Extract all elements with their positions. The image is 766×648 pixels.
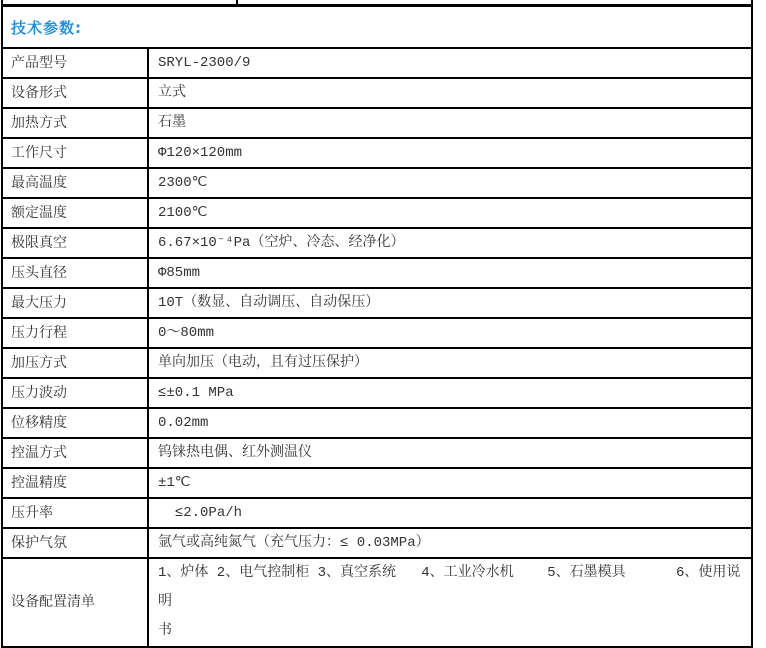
table-row: 压升率 ≤2.0Pa/h	[2, 498, 752, 528]
spec-label-cell: 控温精度	[2, 468, 148, 498]
table-row: 额定温度 2100℃	[2, 198, 752, 228]
spec-table-body: 产品型号 SRYL-2300/9 设备形式 立式 加热方式 石墨 工作尺寸 Φ1…	[2, 48, 752, 647]
table-row: 位移精度 0.02mm	[2, 408, 752, 438]
spec-value-cell: 10T（数显、自动调压、自动保压）	[148, 288, 752, 318]
spec-value-cell: 6.67×10⁻⁴Pa（空炉、冷态、经净化）	[148, 228, 752, 258]
table-row: 加压方式 单向加压（电动，且有过压保护）	[2, 348, 752, 378]
spec-value-cell: 0～80mm	[148, 318, 752, 348]
fragment-column-divider	[236, 0, 238, 4]
spec-label-cell: 最高温度	[2, 168, 148, 198]
spec-value-cell: 2100℃	[148, 198, 752, 228]
spec-label-cell: 压升率	[2, 498, 148, 528]
spec-value-cell: 1、炉体 2、电气控制柜 3、真空系统 4、工业冷水机 5、石墨模具 6、使用说…	[148, 558, 752, 647]
spec-value-cell: ≤±0.1 MPa	[148, 378, 752, 408]
spec-label-cell: 工作尺寸	[2, 138, 148, 168]
spec-label-cell: 压力波动	[2, 378, 148, 408]
spec-value-cell: 石墨	[148, 108, 752, 138]
spec-label-cell: 压头直径	[2, 258, 148, 288]
table-row: 压头直径 Φ85mm	[2, 258, 752, 288]
table-row: 最大压力 10T（数显、自动调压、自动保压）	[2, 288, 752, 318]
spec-label-cell: 极限真空	[2, 228, 148, 258]
table-row: 压力波动 ≤±0.1 MPa	[2, 378, 752, 408]
table-row: 设备配置清单 1、炉体 2、电气控制柜 3、真空系统 4、工业冷水机 5、石墨模…	[2, 558, 752, 647]
spec-value-cell: 单向加压（电动，且有过压保护）	[148, 348, 752, 378]
table-row: 设备形式 立式	[2, 78, 752, 108]
spec-label-cell: 压力行程	[2, 318, 148, 348]
table-row: 最高温度 2300℃	[2, 168, 752, 198]
table-row: 加热方式 石墨	[2, 108, 752, 138]
section-header: 技术参数:	[1, 7, 753, 47]
spec-label-cell: 保护气氛	[2, 528, 148, 558]
spec-label-cell: 加热方式	[2, 108, 148, 138]
spec-value-cell: ±1℃	[148, 468, 752, 498]
table-row: 控温精度 ±1℃	[2, 468, 752, 498]
spec-table: 产品型号 SRYL-2300/9 设备形式 立式 加热方式 石墨 工作尺寸 Φ1…	[1, 47, 753, 648]
table-row: 保护气氛 氩气或高纯氮气（充气压力：≤ 0.03MPa）	[2, 528, 752, 558]
section-title: 技术参数:	[11, 17, 82, 38]
table-row: 工作尺寸 Φ120×120mm	[2, 138, 752, 168]
spec-value-cell: Φ120×120mm	[148, 138, 752, 168]
spec-value-cell: 0.02mm	[148, 408, 752, 438]
spec-label-cell: 额定温度	[2, 198, 148, 228]
spec-value-cell: 钨铼热电偶、红外测温仪	[148, 438, 752, 468]
spec-value-cell: 氩气或高纯氮气（充气压力：≤ 0.03MPa）	[148, 528, 752, 558]
spec-value-cell: 2300℃	[148, 168, 752, 198]
spec-label-cell: 加压方式	[2, 348, 148, 378]
table-row: 产品型号 SRYL-2300/9	[2, 48, 752, 78]
spec-value-cell: SRYL-2300/9	[148, 48, 752, 78]
table-row: 极限真空 6.67×10⁻⁴Pa（空炉、冷态、经净化）	[2, 228, 752, 258]
spec-label-cell: 位移精度	[2, 408, 148, 438]
spec-label-cell: 产品型号	[2, 48, 148, 78]
spec-value-cell: 立式	[148, 78, 752, 108]
table-row: 压力行程 0～80mm	[2, 318, 752, 348]
spec-label-cell: 设备配置清单	[2, 558, 148, 647]
spec-sheet: 技术参数: 产品型号 SRYL-2300/9 设备形式 立式 加热方式 石墨 工…	[1, 0, 753, 648]
spec-label-cell: 控温方式	[2, 438, 148, 468]
spec-label-cell: 最大压力	[2, 288, 148, 318]
spec-label-cell: 设备形式	[2, 78, 148, 108]
table-row: 控温方式 钨铼热电偶、红外测温仪	[2, 438, 752, 468]
spec-value-cell: Φ85mm	[148, 258, 752, 288]
spec-value-cell: ≤2.0Pa/h	[148, 498, 752, 528]
previous-table-fragment	[1, 0, 753, 7]
